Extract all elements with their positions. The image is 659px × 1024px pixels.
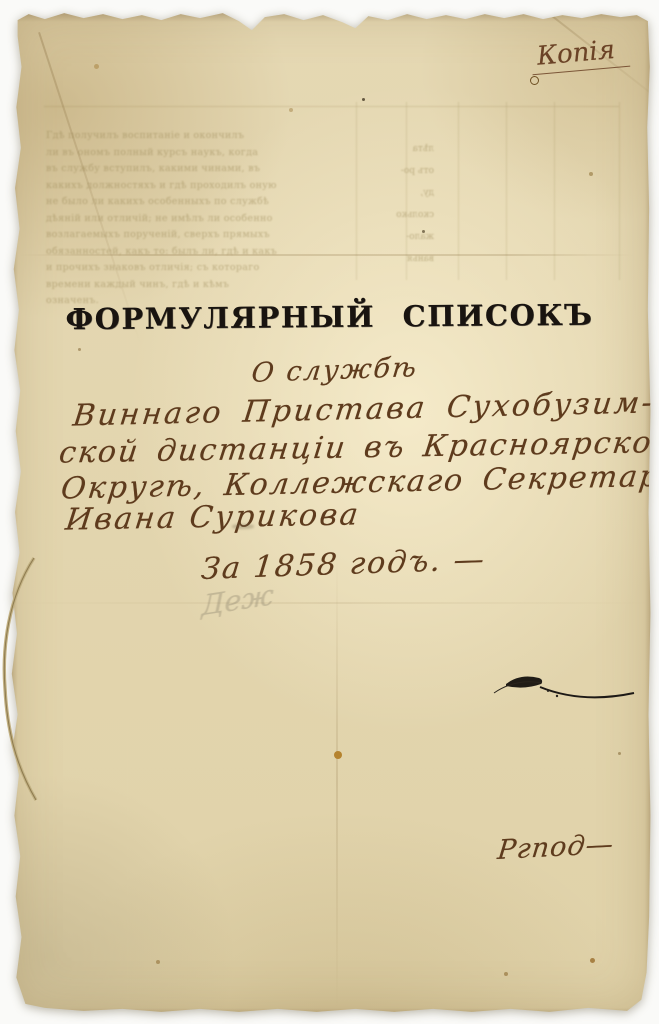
show-through-mirrored-fragments: лѣта отъ ро- ду, сколько жало- ванья <box>364 138 434 270</box>
foxing-spot <box>618 752 621 755</box>
page-title: ФОРМУЛЯРНЫЙ СПИСОКЪ <box>6 297 653 337</box>
worn-edge-top <box>6 6 653 22</box>
fold-crease-horizontal-middle <box>6 602 653 604</box>
show-through-column-rule <box>506 102 507 280</box>
show-through-line: возлагаемыхъ порученій, сверхъ прямыхъ <box>46 227 346 244</box>
foxing-spot <box>590 958 595 963</box>
show-through-column-rule <box>554 102 555 280</box>
fold-crease-vertical-lower <box>336 551 338 1011</box>
show-through-table-rule <box>44 106 619 107</box>
show-through-line: дѣяній или отличій; не имѣлъ ли особенно <box>46 211 346 228</box>
foxing-spot <box>334 751 342 759</box>
worn-edge-bottom <box>6 1008 653 1018</box>
foxing-spot <box>504 972 508 976</box>
show-through-text: Гдѣ получилъ воспитаніе и окончилъ ли въ… <box>34 98 636 288</box>
worn-edge-left <box>6 6 18 1018</box>
paper-shadow: Гдѣ получилъ воспитаніе и окончилъ ли въ… <box>0 0 659 1024</box>
foxing-spot <box>94 64 99 69</box>
show-through-line: какихъ должностяхъ и гдѣ проходилъ оную <box>46 178 346 195</box>
copy-annotation: Копія <box>530 34 631 75</box>
handwritten-line: Ивана Сурикова <box>64 497 363 537</box>
show-through-line: обязанностей, какъ то: былъ ли, гдѣ и ка… <box>46 244 346 261</box>
show-through-line: и прочихъ знаковъ отличія; съ котораго <box>46 260 346 277</box>
document-scan: Гдѣ получилъ воспитаніе и окончилъ ли въ… <box>0 0 659 1024</box>
show-through-line: ли въ ономъ полный курсъ наукъ, когда <box>46 145 346 162</box>
show-through-line: времени каждый чинъ, гдѣ и кѣмъ <box>46 277 346 294</box>
foxing-spot <box>156 960 160 964</box>
corner-signature-note: Ргпод— <box>496 829 616 866</box>
show-through-line: Гдѣ получилъ воспитаніе и окончилъ <box>46 128 346 145</box>
foxing-spot <box>530 76 539 85</box>
binding-thread <box>0 556 42 802</box>
year-line: За 1858 годъ. — <box>200 542 488 587</box>
show-through-line: не было ли какихъ особенныхъ по службѣ <box>46 194 346 211</box>
foxing-spot <box>78 348 81 351</box>
show-through-column-rule <box>619 102 620 280</box>
show-through-column-rule <box>458 102 459 280</box>
aged-paper-sheet: Гдѣ получилъ воспитаніе и окончилъ ли въ… <box>6 6 653 1018</box>
ink-smear <box>478 658 638 714</box>
worn-edge-right <box>645 6 653 1018</box>
handwritten-subtitle: О службѣ <box>250 352 420 389</box>
show-through-column-rule <box>356 102 357 280</box>
show-through-paragraph: Гдѣ получилъ воспитаніе и окончилъ ли въ… <box>46 128 346 310</box>
show-through-line: въ службу вступилъ, какими чинами, въ <box>46 161 346 178</box>
